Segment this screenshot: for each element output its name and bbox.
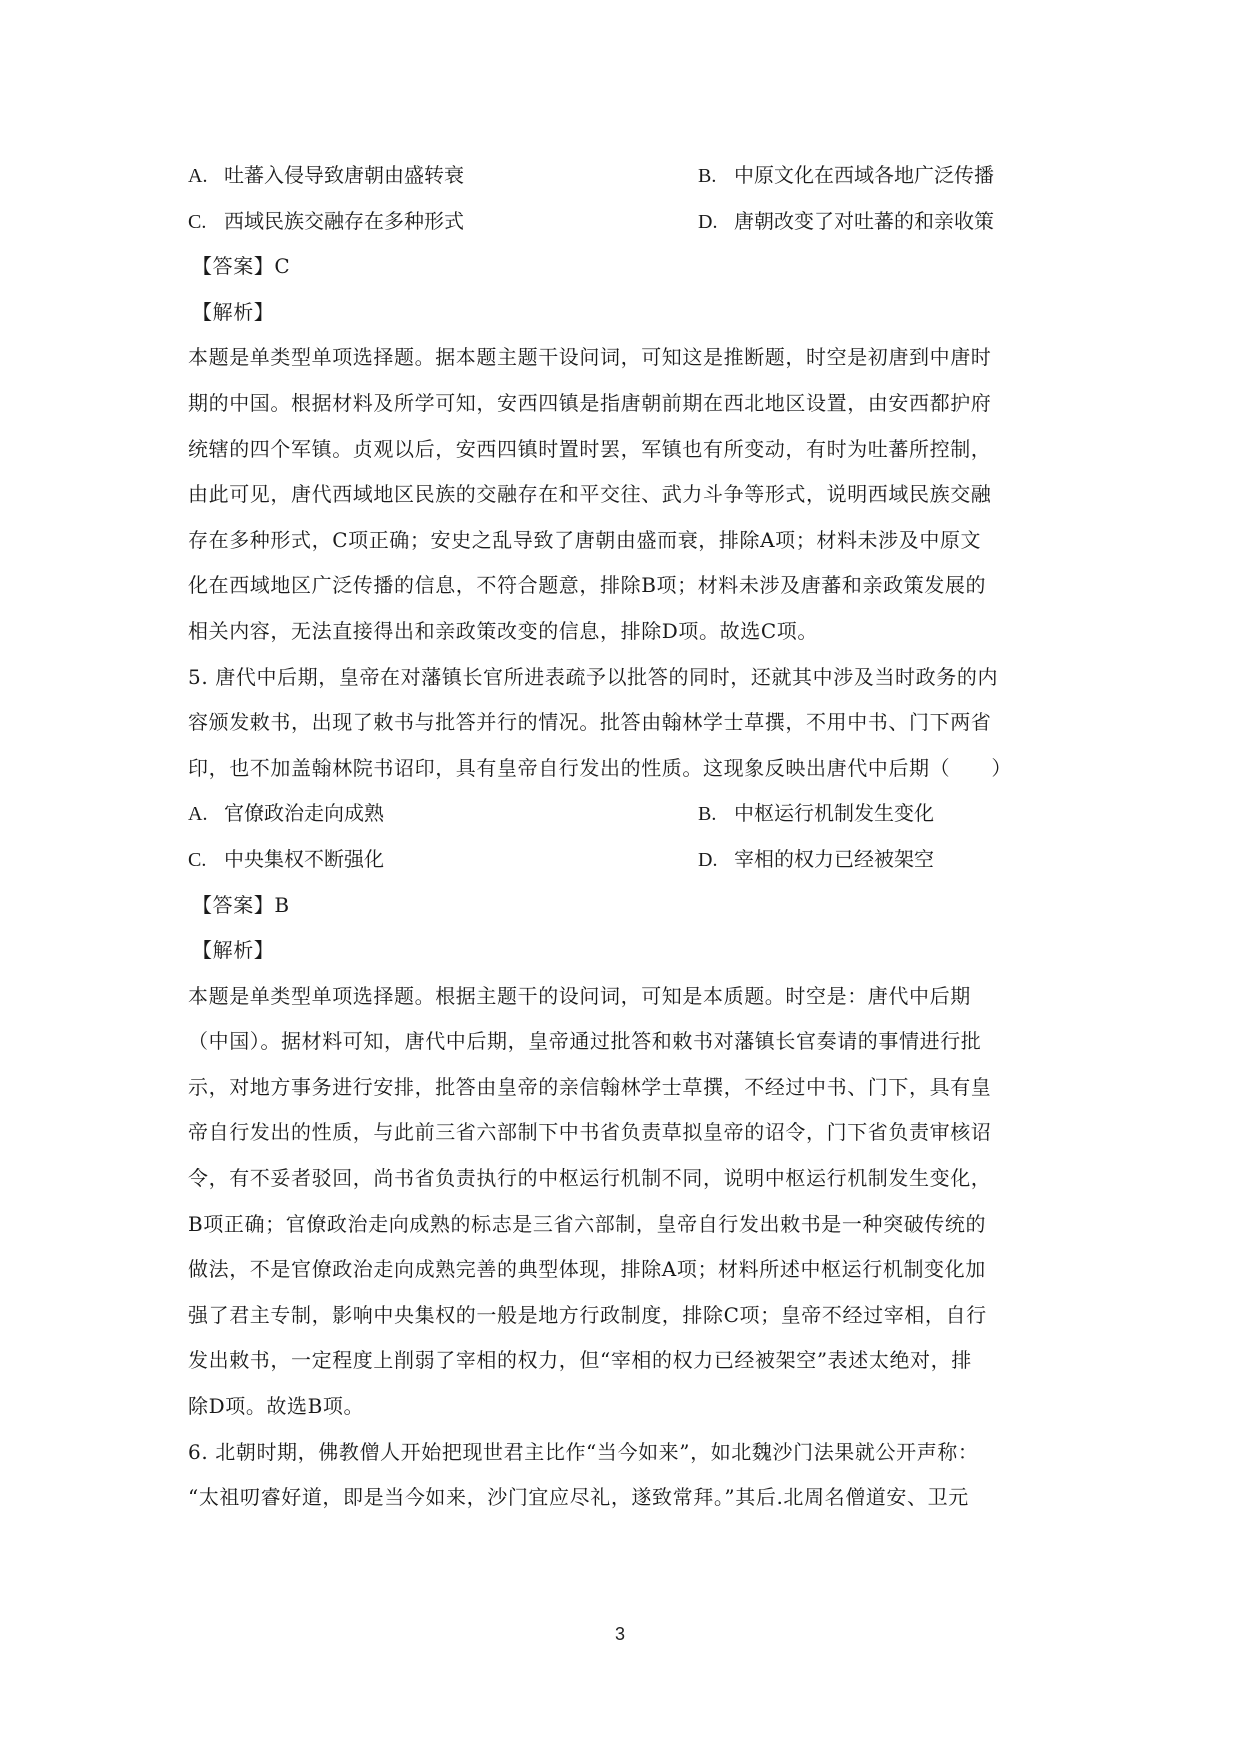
q4-analysis-line: 期的中国。根据材料及所学可知，安西四镇是指唐朝前期在西北地区设置，由安西都护府 [188,386,1048,432]
option-text: 西域民族交融存在多种形式 [224,209,464,233]
option-key: A. [188,797,224,831]
q5-analysis-line: 做法，不是官僚政治走向成熟完善的典型体现，排除A项；材料所述中枢运行机制变化加 [188,1252,1048,1298]
q5-option-c: C.中央集权不断强化 [188,842,698,888]
q4-options-row-1: A.吐蕃入侵导致唐朝由盛转衰 B.中原文化在西域各地广泛传播 [188,158,1048,204]
option-key: D. [698,843,734,877]
q4-analysis-label: 【解析】 [188,295,1048,341]
option-key: C. [188,843,224,877]
q5-analysis-line: 发出敕书，一定程度上削弱了宰相的权力，但“宰相的权力已经被架空”表述太绝对，排 [188,1343,1048,1389]
option-text: 中央集权不断强化 [224,847,384,871]
q5-options-row-2: C.中央集权不断强化 D.宰相的权力已经被架空 [188,842,1048,888]
q5-option-a: A.官僚政治走向成熟 [188,796,698,842]
q5-analysis-line: B项正确；官僚政治走向成熟的标志是三省六部制，皇帝自行发出敕书是一种突破传统的 [188,1207,1048,1253]
option-key: D. [698,205,734,239]
q5-analysis-line: 本题是单类型单项选择题。根据主题干的设问词，可知是本质题。时空是：唐代中后期 [188,979,1048,1025]
q6-stem-line: 6. 北朝时期，佛教僧人开始把现世君主比作“当今如来”，如北魏沙门法果就公开声称… [188,1435,1048,1481]
option-key: B. [698,797,734,831]
q4-analysis-line: 化在西域地区广泛传播的信息，不符合题意，排除B项；材料未涉及唐蕃和亲政策发展的 [188,568,1048,614]
q4-answer: 【答案】C [188,249,1048,295]
option-text: 宰相的权力已经被架空 [734,847,934,871]
option-key: A. [188,159,224,193]
option-text: 官僚政治走向成熟 [224,801,384,825]
q5-analysis-line: （中国）。据材料可知，唐代中后期，皇帝通过批答和敕书对藩镇长官奏请的事情进行批 [188,1024,1048,1070]
option-key: C. [188,205,224,239]
page-content: A.吐蕃入侵导致唐朝由盛转衰 B.中原文化在西域各地广泛传播 C.西域民族交融存… [188,158,1048,1526]
option-key: B. [698,159,734,193]
option-text: 吐蕃入侵导致唐朝由盛转衰 [224,163,464,187]
q5-analysis-line: 除D项。故选B项。 [188,1389,1048,1435]
q4-option-b: B.中原文化在西域各地广泛传播 [698,158,994,204]
q5-answer: 【答案】B [188,888,1048,934]
q4-analysis-line: 相关内容，无法直接得出和亲政策改变的信息，排除D项。故选C项。 [188,614,1048,660]
q4-options-row-2: C.西域民族交融存在多种形式 D.唐朝改变了对吐蕃的和亲收策 [188,204,1048,250]
q5-stem-line: 容颁发敕书，出现了敕书与批答并行的情况。批答由翰林学士草撰，不用中书、门下两省 [188,705,1048,751]
q5-stem-line: 印，也不加盖翰林院书诏印，具有皇帝自行发出的性质。这现象反映出唐代中后期（ ） [188,751,1048,797]
q4-analysis-line: 由此可见，唐代西域地区民族的交融存在和平交往、武力斗争等形式，说明西域民族交融 [188,477,1048,523]
q4-analysis-line: 存在多种形式，C项正确；安史之乱导致了唐朝由盛而衰，排除A项；材料未涉及中原文 [188,523,1048,569]
option-text: 中原文化在西域各地广泛传播 [734,163,994,187]
q5-analysis-line: 示，对地方事务进行安排，批答由皇帝的亲信翰林学士草撰，不经过中书、门下，具有皇 [188,1070,1048,1116]
option-text: 唐朝改变了对吐蕃的和亲收策 [734,209,994,233]
q4-option-a: A.吐蕃入侵导致唐朝由盛转衰 [188,158,698,204]
q5-options-row-1: A.官僚政治走向成熟 B.中枢运行机制发生变化 [188,796,1048,842]
q4-option-c: C.西域民族交融存在多种形式 [188,204,698,250]
page-number: 3 [0,1624,1240,1645]
q4-analysis-line: 本题是单类型单项选择题。据本题主题干设问词，可知这是推断题，时空是初唐到中唐时 [188,340,1048,386]
option-text: 中枢运行机制发生变化 [734,801,934,825]
q5-analysis-line: 强了君主专制，影响中央集权的一般是地方行政制度，排除C项；皇帝不经过宰相，自行 [188,1298,1048,1344]
document-page: A.吐蕃入侵导致唐朝由盛转衰 B.中原文化在西域各地广泛传播 C.西域民族交融存… [0,0,1240,1753]
q5-analysis-line: 帝自行发出的性质，与此前三省六部制下中书省负责草拟皇帝的诏令，门下省负责审核诏 [188,1115,1048,1161]
q5-analysis-label: 【解析】 [188,933,1048,979]
q4-option-d: D.唐朝改变了对吐蕃的和亲收策 [698,204,994,250]
q6-stem-line: “太祖叨睿好道，即是当今如来，沙门宜应尽礼，遂致常拜。”其后.北周名僧道安、卫元 [188,1480,1048,1526]
q5-analysis-line: 令，有不妥者驳回，尚书省负责执行的中枢运行机制不同，说明中枢运行机制发生变化， [188,1161,1048,1207]
q4-analysis-line: 统辖的四个军镇。贞观以后，安西四镇时置时罢，军镇也有所变动，有时为吐蕃所控制， [188,432,1048,478]
q5-stem-line: 5. 唐代中后期，皇帝在对藩镇长官所进表疏予以批答的同时，还就其中涉及当时政务的… [188,660,1048,706]
q5-option-b: B.中枢运行机制发生变化 [698,796,934,842]
q5-option-d: D.宰相的权力已经被架空 [698,842,934,888]
